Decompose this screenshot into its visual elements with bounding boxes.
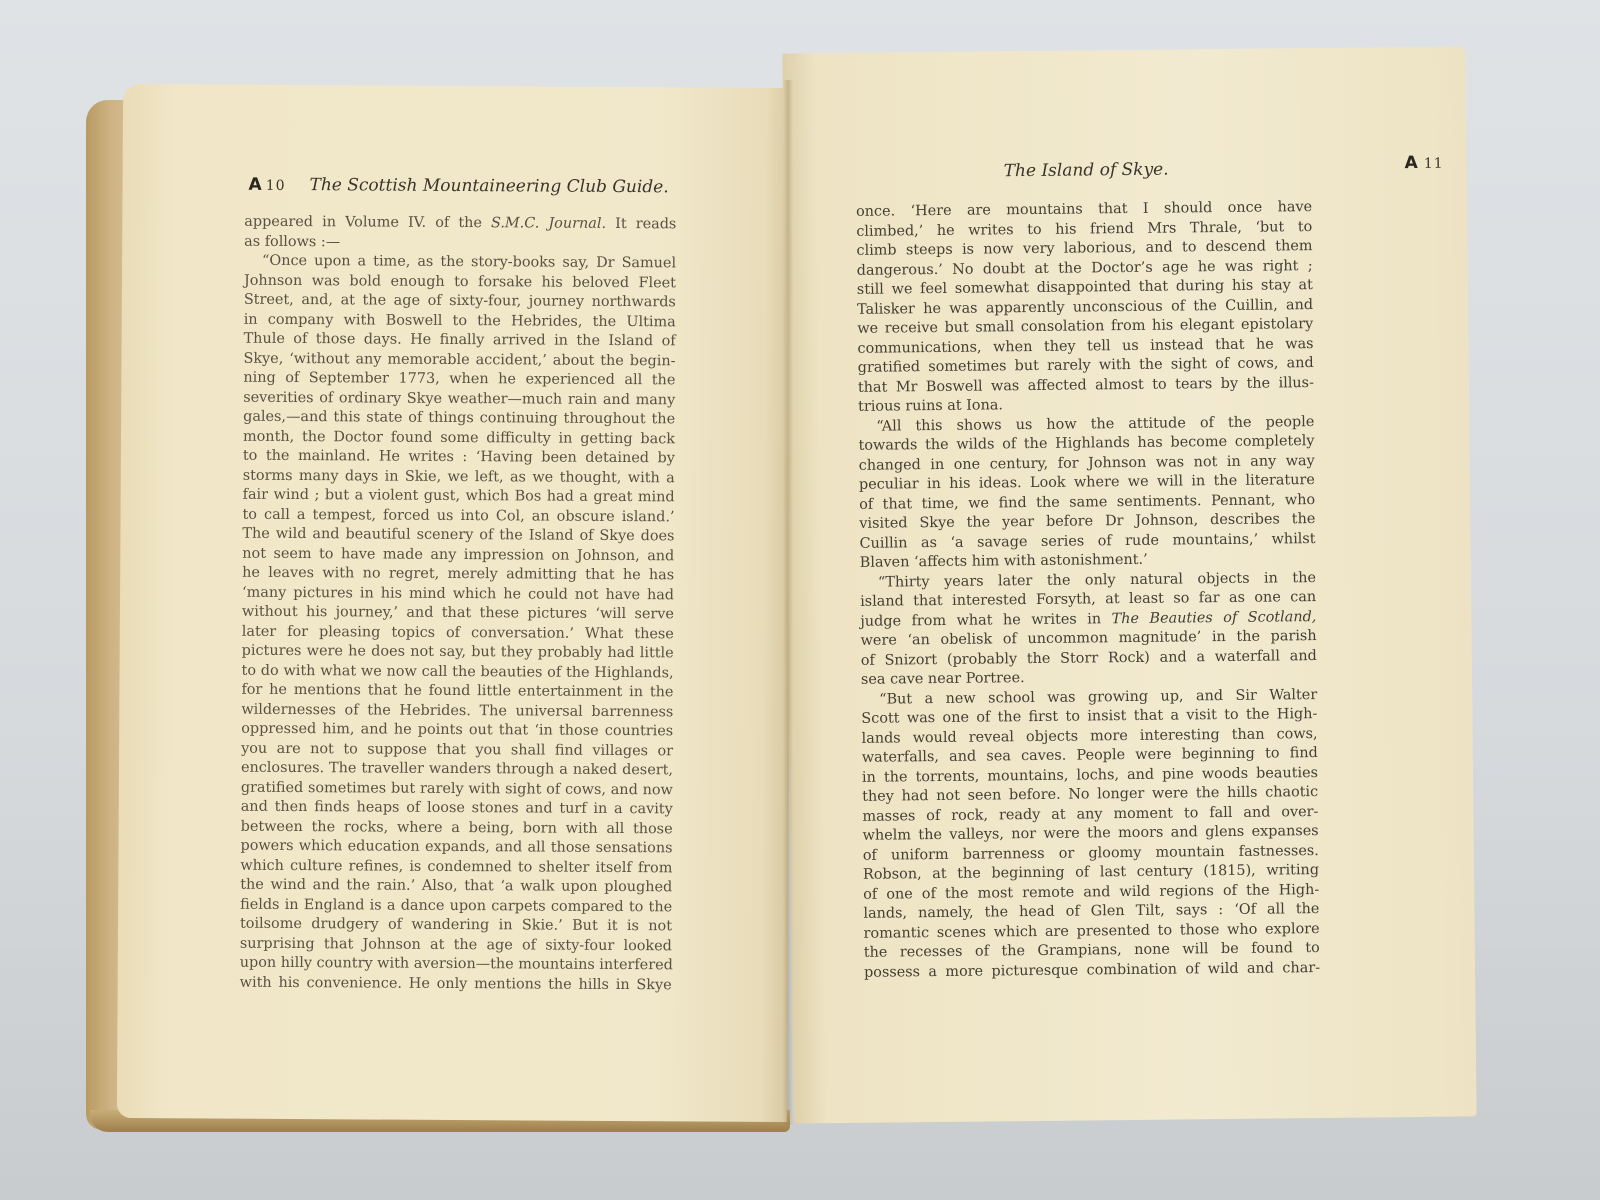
text-run: dangerous.’ No doubt at the Doctor’s age… — [857, 258, 1313, 279]
text-run: they had not seen before. No longer were… — [862, 784, 1318, 805]
text-run: gratified sometimes but rarely with sigh… — [241, 779, 673, 798]
text-run: not seem to have made any impression on … — [242, 545, 674, 564]
right-running-head: The Island of Skye. A11 — [1004, 157, 1444, 162]
text-run: trious ruins at Iona. — [858, 397, 1003, 415]
text-run: once. ‘Here are mountains that I should … — [856, 199, 1312, 220]
text-run: appeared in Volume IV. of the — [244, 214, 491, 232]
text-line: gales,—and this state of things continui… — [243, 408, 675, 430]
text-line: The wild and beautiful scenery of the Is… — [242, 525, 674, 547]
italic-title: S.M.C. Journal. — [491, 215, 606, 232]
left-running-title: The Scottish Mountaineering Club Guide. — [309, 175, 668, 197]
text-run: still we feel somewhat disappointed that… — [857, 277, 1313, 298]
text-run: whelm the valleys, nor were the moors an… — [863, 823, 1319, 844]
text-line: fields in England is a dance upon carpet… — [240, 895, 672, 917]
text-line: ‘many pictures in his mind which he coul… — [242, 583, 674, 605]
text-line: not seem to have made any impression on … — [242, 544, 674, 566]
text-run: of uniform barrenness or gloomy mountain… — [863, 843, 1319, 864]
text-line: to call a tempest, forced us into Col, a… — [242, 505, 674, 527]
text-line: possess a more picturesque combination o… — [864, 959, 1320, 983]
text-run: without his journey,’ and that these pic… — [242, 604, 674, 623]
text-line: to do with what we now call the beauties… — [242, 661, 674, 683]
text-run: we receive but small consolation from hi… — [857, 316, 1313, 337]
text-run: communications, when they tell us instea… — [857, 336, 1313, 357]
text-line: toilsome drudgery of wandering in Skie.’… — [240, 915, 672, 937]
text-line: wildernesses of the Hebrides. The univer… — [241, 700, 673, 722]
text-run: romantic scenes which are presented to t… — [864, 921, 1320, 942]
text-run: “Thirty years later the only natural obj… — [878, 570, 1316, 591]
right-page-number: 11 — [1424, 156, 1444, 172]
text-run: fields in England is a dance upon carpet… — [240, 896, 672, 915]
text-run: sea cave near Portree. — [861, 670, 1025, 688]
text-run: to the mainland. He writes : ‘Having bee… — [243, 448, 675, 467]
text-run: climb steeps is now very laborious, and … — [856, 238, 1312, 259]
text-line: with his convenience. He only mentions t… — [240, 973, 672, 995]
text-line: which culture refines, is condemned to s… — [240, 856, 672, 878]
text-run: island that interested Forsyth, at least… — [860, 589, 1316, 610]
right-folio: A11 — [1404, 153, 1443, 173]
text-run: lands, namely, the head of Glen Tilt, sa… — [863, 901, 1319, 922]
text-run: to do with what we now call the beauties… — [242, 662, 674, 681]
text-run: ‘many pictures in his mind which he coul… — [242, 584, 674, 603]
text-line: Thule of those days. He finally arrived … — [244, 330, 676, 352]
text-line: later for pleasing topics of conversatio… — [242, 622, 674, 644]
text-run: changed in one century, for Johnson was … — [859, 453, 1315, 474]
text-run: Thule of those days. He finally arrived … — [244, 331, 676, 350]
text-run: with his convenience. He only mentions t… — [240, 974, 672, 993]
text-run: storms many days in Skie, we left, as we… — [243, 467, 675, 486]
text-run: judge from what he writes in — [860, 611, 1111, 630]
text-run: oppressed him, and he points out that ‘i… — [241, 721, 673, 740]
right-running-title: The Island of Skye. — [1004, 160, 1169, 182]
text-run: toilsome drudgery of wandering in Skie.’… — [240, 916, 672, 935]
text-line: severities of ordinary Skye weather—much… — [243, 388, 675, 410]
text-run: of that time, we find the same sentiment… — [859, 492, 1315, 513]
text-run: the wind and the rain.’ Also, that ‘a wa… — [240, 877, 672, 896]
text-run: of Snizort (probably the Storr Rock) and… — [861, 648, 1317, 669]
text-run: later for pleasing topics of conversatio… — [242, 623, 674, 642]
text-run: the recesses of the Grampians, none will… — [864, 940, 1320, 961]
text-run: severities of ordinary Skye weather—much… — [243, 389, 675, 408]
text-run: “Once upon a time, as the story-books sa… — [262, 253, 676, 272]
text-run: that Mr Boswell was affected almost to t… — [858, 375, 1314, 396]
text-run: gratified sometimes but rarely with the … — [858, 355, 1314, 376]
text-run: in the torrents, mountains, lochs, and p… — [862, 765, 1318, 786]
italic-title: The Beauties of Scotland, — [1112, 609, 1317, 627]
text-run: in company with Boswell to the Hebrides,… — [244, 311, 676, 330]
text-line: Johnson was bold enough to forsake his b… — [244, 271, 676, 293]
text-run: and then finds heaps of loose stones and… — [241, 799, 673, 818]
text-line: to the mainland. He writes : ‘Having bee… — [243, 447, 675, 469]
text-run: Talisker he was apparently unconscious o… — [857, 297, 1313, 318]
text-run: Johnson was bold enough to forsake his b… — [244, 272, 676, 291]
text-run: surprising that Johnson at the age of si… — [240, 935, 672, 954]
text-line: surprising that Johnson at the age of si… — [240, 934, 672, 956]
text-line: upon hilly country with aversion—the mou… — [240, 954, 672, 976]
text-line: enclosures. The traveller wanders throug… — [241, 759, 673, 781]
text-line: pictures were he does not say, but they … — [242, 642, 674, 664]
text-run: to call a tempest, forced us into Col, a… — [242, 506, 674, 525]
text-run: waterfalls, and sea caves. People were b… — [862, 745, 1318, 766]
text-run: he leaves with no regret, merely admitti… — [242, 565, 674, 584]
text-run: were ‘an obelisk of uncommon magnitude’ … — [860, 628, 1316, 649]
text-run: Blaven ‘affects him with astonishment.’ — [860, 552, 1148, 571]
text-run: peculiar in his ideas. Look where we wil… — [859, 472, 1315, 493]
text-line: for he mentions that he found little ent… — [241, 681, 673, 703]
text-run: “All this shows us how the attitude of t… — [876, 414, 1314, 435]
text-run: lands would reveal objects more interest… — [862, 726, 1318, 747]
book-gutter — [783, 80, 793, 1125]
text-run: you are not to suppose that you shall fi… — [241, 740, 673, 759]
text-line: and then finds heaps of loose stones and… — [241, 798, 673, 820]
text-run: visited Skye the year before Dr Johnson,… — [859, 511, 1315, 532]
text-run: pictures were he does not say, but they … — [242, 643, 674, 662]
text-run: ning of September 1773, when he experien… — [243, 370, 675, 389]
text-run: towards the wilds of the Highlands has b… — [858, 433, 1314, 454]
text-run: The wild and beautiful scenery of the Is… — [242, 526, 674, 545]
text-line: powers which education expands, and all … — [240, 837, 672, 859]
text-run: month, the Doctor found some difficulty … — [243, 428, 675, 447]
text-run: enclosures. The traveller wanders throug… — [241, 760, 673, 779]
left-page: A10The Scottish Mountaineering Club Guid… — [117, 84, 793, 1122]
text-run: of one of the most remote and wild regio… — [863, 882, 1319, 903]
text-run: Skye, ‘without any memorable accident,’ … — [243, 350, 675, 369]
text-line: gratified sometimes but rarely with sigh… — [241, 778, 673, 800]
text-run: wildernesses of the Hebrides. The univer… — [241, 701, 673, 720]
text-run: Scott was one of the first to insist tha… — [861, 706, 1317, 727]
text-line: Street, and, at the age of sixty-four, j… — [244, 291, 676, 313]
left-page-body: appeared in Volume IV. of the S.M.C. Jou… — [240, 213, 677, 996]
text-run: climbed,’ he writes to his friend Mrs Th… — [856, 219, 1312, 240]
text-line: he leaves with no regret, merely admitti… — [242, 564, 674, 586]
text-run: for he mentions that he found little ent… — [241, 682, 673, 701]
text-run: Street, and, at the age of sixty-four, j… — [244, 292, 676, 311]
text-line: as follows :— — [244, 232, 676, 254]
left-folio-letter: A — [248, 175, 261, 195]
text-run: “But a new school was growing up, and Si… — [879, 687, 1317, 708]
text-line: without his journey,’ and that these pic… — [242, 603, 674, 625]
text-run: upon hilly country with aversion—the mou… — [240, 955, 673, 974]
open-book: A10The Scottish Mountaineering Club Guid… — [0, 0, 1600, 1200]
text-line: appeared in Volume IV. of the S.M.C. Jou… — [244, 213, 676, 235]
text-run: powers which education expands, and all … — [240, 838, 672, 857]
text-run: fair wind ; but a violent gust, which Bo… — [243, 487, 675, 506]
text-line: ning of September 1773, when he experien… — [243, 369, 675, 391]
text-line: storms many days in Skie, we left, as we… — [243, 466, 675, 488]
right-page: The Island of Skye. A11 once. ‘Here are … — [782, 46, 1476, 1123]
text-run: Robson, at the beginning of last century… — [863, 862, 1319, 883]
left-page-number: 10 — [266, 178, 286, 194]
text-run: Cuillin as ‘a savage series of rude moun… — [859, 531, 1315, 552]
text-run: which culture refines, is condemned to s… — [240, 857, 672, 876]
text-line: in company with Boswell to the Hebrides,… — [244, 310, 676, 332]
text-line: month, the Doctor found some difficulty … — [243, 427, 675, 449]
right-folio-letter: A — [1404, 153, 1417, 173]
text-line: between the rocks, where a being, born w… — [241, 817, 673, 839]
text-line: fair wind ; but a violent gust, which Bo… — [243, 486, 675, 508]
text-run: possess a more picturesque combination o… — [864, 960, 1320, 981]
text-run: as follows :— — [244, 233, 340, 250]
text-run: between the rocks, where a being, born w… — [241, 818, 673, 837]
text-line: oppressed him, and he points out that ‘i… — [241, 720, 673, 742]
right-page-body: once. ‘Here are mountains that I should … — [856, 198, 1320, 983]
text-run: masses of rock, ready at any moment to f… — [862, 804, 1318, 825]
text-line: the wind and the rain.’ Also, that ‘a wa… — [240, 876, 672, 898]
text-line: you are not to suppose that you shall fi… — [241, 739, 673, 761]
text-run: gales,—and this state of things continui… — [243, 409, 675, 428]
text-line: “Once upon a time, as the story-books sa… — [244, 252, 676, 274]
text-run: It reads — [606, 216, 676, 232]
text-line: Skye, ‘without any memorable accident,’ … — [243, 349, 675, 371]
left-running-head: A10The Scottish Mountaineering Club Guid… — [248, 175, 668, 198]
